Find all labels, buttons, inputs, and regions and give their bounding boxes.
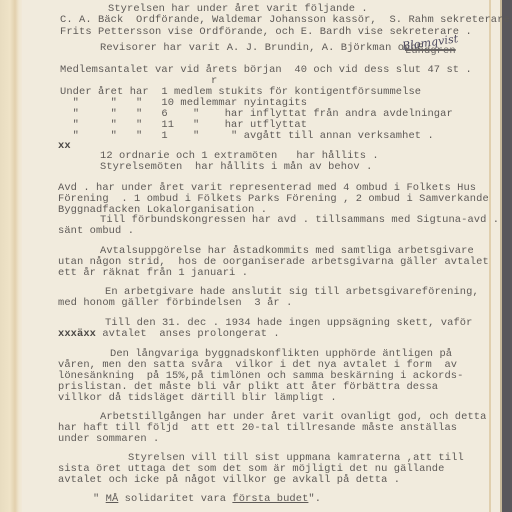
- text-line: Medlemsantalet var vid årets början 40 o…: [60, 65, 472, 76]
- underlined-text: MÅ: [106, 493, 119, 505]
- text-line: " " " 1 " " avgått till annan verksamhet…: [60, 131, 434, 142]
- text-line: Frits Pettersson vise Ordförande, och E.…: [60, 27, 472, 38]
- text-line: Styrelsemöten har hållits i mån av behov…: [100, 162, 372, 173]
- text-span: ".: [308, 493, 321, 505]
- text-line: villkor då tidsläget därtill blir lämpli…: [58, 393, 337, 404]
- text-line: avtalet och icke på något villkor ge avk…: [58, 475, 400, 486]
- text-line: C. A. Bäck Ordförande, Waldemar Johansso…: [60, 15, 512, 26]
- text-line: ett år räknat från 1 januari .: [58, 268, 248, 279]
- text-line: under sommaren .: [58, 434, 159, 445]
- text-line: sänt ombud .: [58, 226, 134, 237]
- motto-line: " MÅ solidaritet vara första budet".: [93, 494, 321, 505]
- text-span: ": [93, 493, 106, 505]
- text-span: avtalet anses prolongerat .: [96, 328, 280, 340]
- text-line: med honom gäller förbindelsen 3 år .: [58, 298, 292, 309]
- crossed-out-mark: xx: [58, 141, 71, 152]
- text-line: xxxäxx avtalet anses prolongerat .: [58, 329, 280, 340]
- text-line: Till förbundskongressen har avd . tillsa…: [100, 215, 499, 226]
- text-line: Revisorer har varit A. J. Brundin, A. Bj…: [100, 43, 429, 54]
- typewritten-text: Styrelsen har under året varit följande …: [0, 0, 512, 512]
- underlined-text: första budet: [232, 493, 308, 505]
- crossed-out-word: xxxäxx: [58, 328, 96, 340]
- text-span: solidaritet vara: [118, 493, 232, 505]
